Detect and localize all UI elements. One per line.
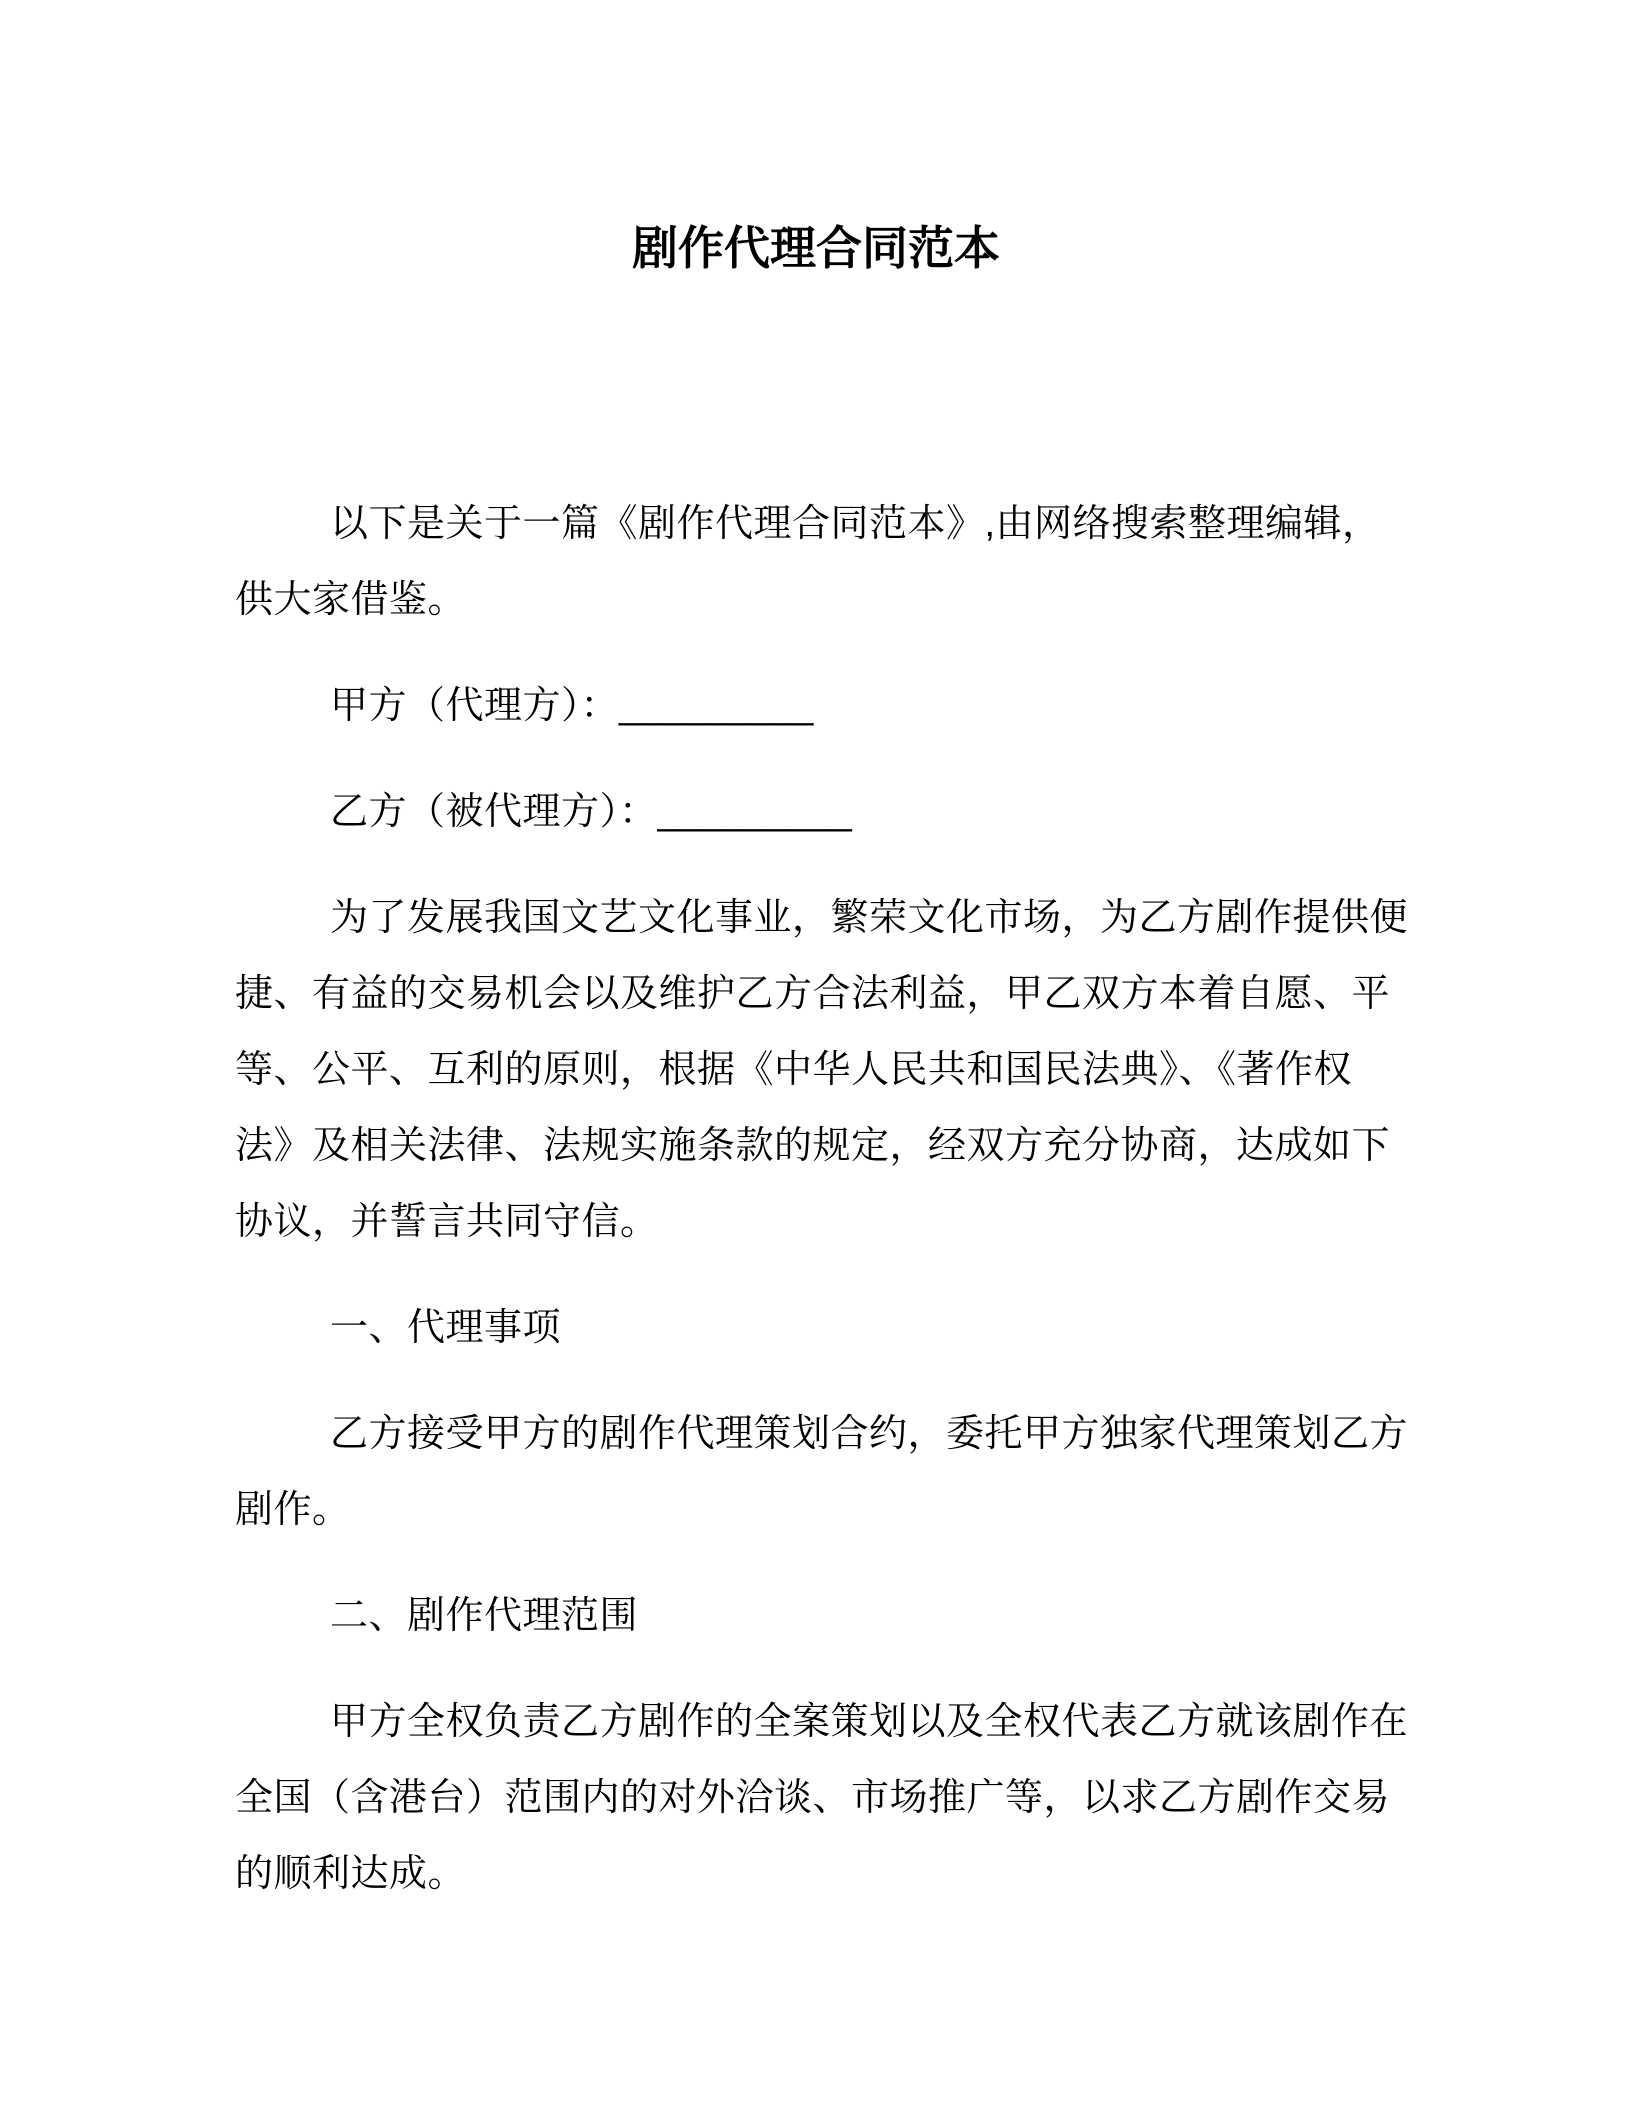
text-line: 甲方全权负责乙方剧作的全案策划以及全权代表乙方就该剧作在 — [235, 1684, 1442, 1760]
text-line: 乙方（被代理方）：_________ — [235, 774, 1442, 850]
text-line: 甲方（代理方）：_________ — [235, 668, 1442, 744]
text-line: 协议，并誓言共同守信。 — [235, 1184, 1442, 1260]
paragraph: 甲方全权负责乙方剧作的全案策划以及全权代表乙方就该剧作在全国（含港台）范围内的对… — [235, 1684, 1442, 1912]
paragraph: 乙方接受甲方的剧作代理策划合约，委托甲方独家代理策划乙方剧作。 — [235, 1396, 1442, 1548]
text-line: 捷、有益的交易机会以及维护乙方合法利益，甲乙双方本着自愿、平 — [235, 956, 1442, 1032]
paragraph: 乙方（被代理方）：_________ — [235, 774, 1442, 850]
document-body: 以下是关于一篇《剧作代理合同范本》,由网络搜索整理编辑，供大家借鉴。甲方（代理方… — [0, 486, 1632, 1912]
text-line: 全国（含港台）范围内的对外洽谈、市场推广等，以求乙方剧作交易 — [235, 1760, 1442, 1836]
text-line: 供大家借鉴。 — [235, 562, 1442, 638]
text-line: 以下是关于一篇《剧作代理合同范本》,由网络搜索整理编辑， — [235, 486, 1442, 562]
section-heading: 一、代理事项 — [235, 1290, 1442, 1366]
text-line: 为了发展我国文艺文化事业，繁荣文化市场，为乙方剧作提供便 — [235, 880, 1442, 956]
text-line: 二、剧作代理范围 — [235, 1578, 1442, 1654]
text-line: 一、代理事项 — [235, 1290, 1442, 1366]
paragraph: 以下是关于一篇《剧作代理合同范本》,由网络搜索整理编辑，供大家借鉴。 — [235, 486, 1442, 638]
text-line: 法》及相关法律、法规实施条款的规定，经双方充分协商，达成如下 — [235, 1108, 1442, 1184]
text-line: 剧作。 — [235, 1472, 1442, 1548]
paragraph: 甲方（代理方）：_________ — [235, 668, 1442, 744]
document-page: 剧作代理合同范本 以下是关于一篇《剧作代理合同范本》,由网络搜索整理编辑，供大家… — [0, 0, 1632, 2112]
text-line: 的顺利达成。 — [235, 1836, 1442, 1912]
document-title: 剧作代理合同范本 — [0, 0, 1632, 276]
section-heading: 二、剧作代理范围 — [235, 1578, 1442, 1654]
text-line: 乙方接受甲方的剧作代理策划合约，委托甲方独家代理策划乙方 — [235, 1396, 1442, 1472]
text-line: 等、公平、互利的原则，根据《中华人民共和国民法典》、《著作权 — [235, 1032, 1442, 1108]
paragraph: 为了发展我国文艺文化事业，繁荣文化市场，为乙方剧作提供便捷、有益的交易机会以及维… — [235, 880, 1442, 1260]
